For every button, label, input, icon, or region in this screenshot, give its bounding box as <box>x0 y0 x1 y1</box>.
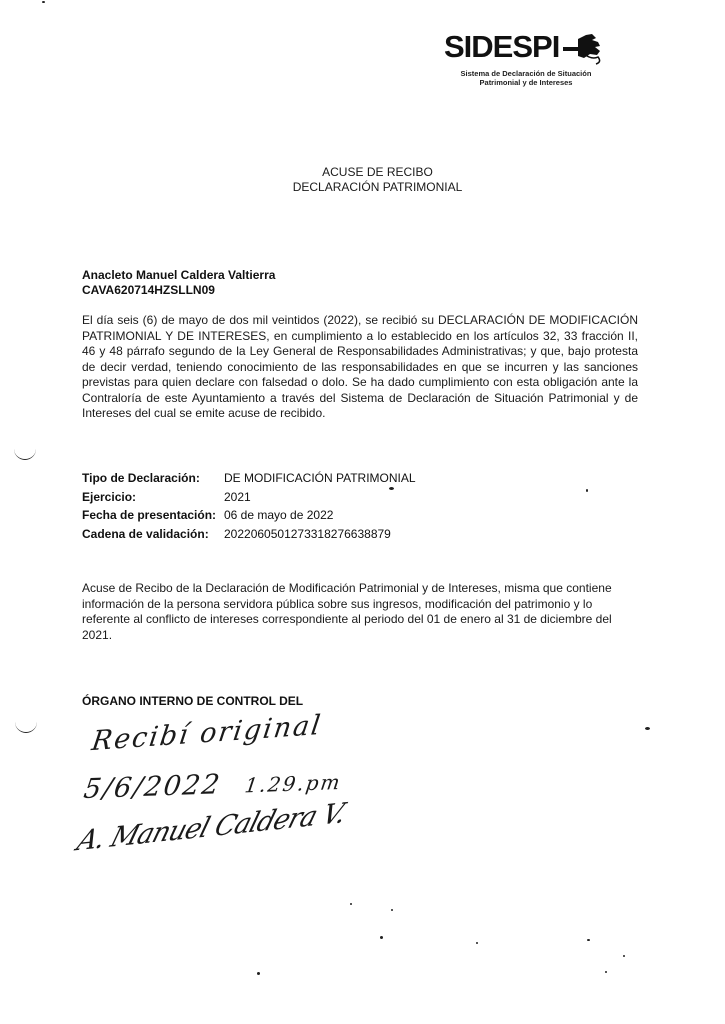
detail-row-fecha: Fecha de presentación: 06 de mayo de 202… <box>82 506 416 525</box>
sidespi-logo: SIDESPI Sistema de Declaración de Situac… <box>444 30 604 100</box>
detail-row-ejercicio: Ejercicio: 2021 <box>82 488 416 507</box>
scan-speck <box>391 909 393 911</box>
logo-subtitle-line-1: Sistema de Declaración de Situación <box>448 69 604 78</box>
scan-speck <box>605 971 607 973</box>
recipient-name: Anacleto Manuel Caldera Valtierra <box>82 268 275 283</box>
handwritten-annotation: Recibí original 5/6/20221.29.pm A. Manue… <box>76 722 376 882</box>
scan-speck <box>476 942 478 944</box>
detail-value: 2021 <box>224 488 251 507</box>
detail-value: 06 de mayo de 2022 <box>224 506 333 525</box>
document-page: SIDESPI Sistema de Declaración de Situac… <box>0 0 725 1024</box>
detail-value: DE MODIFICACIÓN PATRIMONIAL <box>224 469 416 488</box>
punch-hole-mark <box>14 449 36 460</box>
detail-label: Fecha de presentación: <box>82 506 224 525</box>
detail-row-cadena: Cadena de validación: 202206050127331827… <box>82 525 416 544</box>
handwritten-time: 1.29.pm <box>243 770 343 798</box>
scan-speck <box>350 903 352 905</box>
scan-speck <box>389 487 394 490</box>
scan-speck <box>257 972 260 975</box>
detail-row-tipo: Tipo de Declaración: DE MODIFICACIÓN PAT… <box>82 469 416 488</box>
pointing-hand-arrow-icon <box>562 30 604 66</box>
handwritten-signature: A. Manuel Caldera V. <box>73 797 349 857</box>
title-line-1: ACUSE DE RECIBO <box>30 165 725 180</box>
scan-speck <box>586 489 588 492</box>
handwritten-date-time: 5/6/20221.29.pm <box>82 765 344 805</box>
handwritten-date: 5/6/2022 <box>82 769 224 805</box>
declaration-details: Tipo de Declaración: DE MODIFICACIÓN PAT… <box>82 469 416 543</box>
logo-subtitle: Sistema de Declaración de Situación Patr… <box>448 69 604 87</box>
scan-speck <box>645 727 650 730</box>
logo-wordmark: SIDESPI <box>444 30 559 64</box>
closing-paragraph: Acuse de Recibo de la Declaración de Mod… <box>82 581 642 643</box>
detail-value: 2022060501273318276638879 <box>224 525 391 544</box>
scan-speck <box>587 939 590 941</box>
title-line-2: DECLARACIÓN PATRIMONIAL <box>30 180 725 195</box>
handwritten-received-note: Recibí original <box>90 710 324 757</box>
logo-subtitle-line-2: Patrimonial y de Intereses <box>448 78 604 87</box>
body-paragraph: El día seis (6) de mayo de dos mil veint… <box>82 313 638 422</box>
detail-label: Ejercicio: <box>82 488 224 507</box>
recipient-block: Anacleto Manuel Caldera Valtierra CAVA62… <box>82 268 275 298</box>
punch-hole-mark <box>15 722 37 733</box>
document-title: ACUSE DE RECIBO DECLARACIÓN PATRIMONIAL <box>0 165 725 195</box>
detail-label: Cadena de validación: <box>82 525 224 544</box>
scan-speck <box>380 936 383 939</box>
detail-label: Tipo de Declaración: <box>82 469 224 488</box>
recipient-rfc: CAVA620714HZSLLN09 <box>82 283 275 298</box>
organ-heading: ÓRGANO INTERNO DE CONTROL DEL <box>82 694 303 708</box>
scan-speck <box>42 1 45 3</box>
scan-speck <box>623 955 625 957</box>
